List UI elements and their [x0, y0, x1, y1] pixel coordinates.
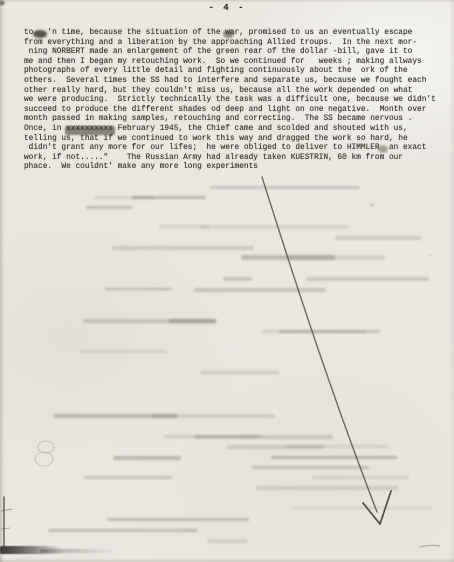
text-line: from everything and a liberation by the … [24, 39, 448, 49]
scanned-document-page: - 4 - to 'n time, because the situation … [0, 0, 454, 562]
text-line: ning NORBERT made an enlargement of the … [24, 48, 448, 58]
bleed-through-line [306, 277, 428, 281]
bleed-through-line [252, 466, 369, 470]
bleed-through-line [84, 476, 172, 479]
bleed-through-line [48, 529, 198, 532]
bleed-through-line [285, 445, 389, 448]
bleed-through-line [241, 255, 335, 259]
bleed-through-line [200, 371, 279, 374]
bleed-through-line [159, 225, 209, 228]
text-line: phace. We couldnt' make any more long ex… [24, 163, 448, 173]
bleed-through-line [271, 456, 397, 459]
text-line: me and then I began my retouching work. … [24, 58, 448, 68]
bleed-through-line [256, 486, 398, 490]
bleed-through-line [105, 288, 172, 291]
bleed-through-line [335, 236, 422, 240]
bleed-through-line [107, 518, 249, 521]
bleed-through-line [223, 277, 252, 281]
bleed-through-line [210, 186, 360, 189]
bleed-through-line [132, 196, 206, 199]
text-line: other really hard, but they couldn't mis… [24, 87, 448, 97]
text-line: telling us, that if we continued to work… [24, 135, 448, 145]
text-line: we were producing. Strictly technically … [24, 96, 448, 106]
bleed-through-line [279, 330, 380, 333]
typed-overstrike-correction [65, 126, 115, 135]
bleed-through-line [112, 246, 254, 250]
bleed-through-line [200, 225, 349, 229]
bleed-through-line [194, 435, 333, 439]
bleed-through-line [291, 507, 433, 510]
text-line: others. Several times the SS had to inte… [24, 77, 448, 87]
text-line: to 'n time, because the situation of the… [24, 29, 448, 39]
ink-blot-over-war [223, 30, 234, 38]
text-line: photographs of every little detail and f… [24, 67, 448, 77]
bleed-through-line [207, 539, 248, 543]
bleed-through-line [151, 414, 276, 418]
bleed-through-line [113, 456, 181, 460]
text-line: succeed to produce the different shades … [24, 106, 448, 116]
bleed-through-line [312, 476, 409, 479]
ink-blot-over-himmler [378, 145, 388, 153]
bleed-through-line [79, 350, 167, 353]
bleed-through-line [169, 319, 217, 323]
bleed-through-line [194, 288, 326, 292]
ink-blot-over-word [33, 30, 47, 38]
bleed-through-line [86, 206, 132, 210]
text-line: month passed in making samples, retouchi… [24, 115, 448, 125]
ink-smudge-bottom-left-fade [40, 549, 118, 553]
text-line: work, if not....." The Russian Army had … [24, 154, 448, 164]
